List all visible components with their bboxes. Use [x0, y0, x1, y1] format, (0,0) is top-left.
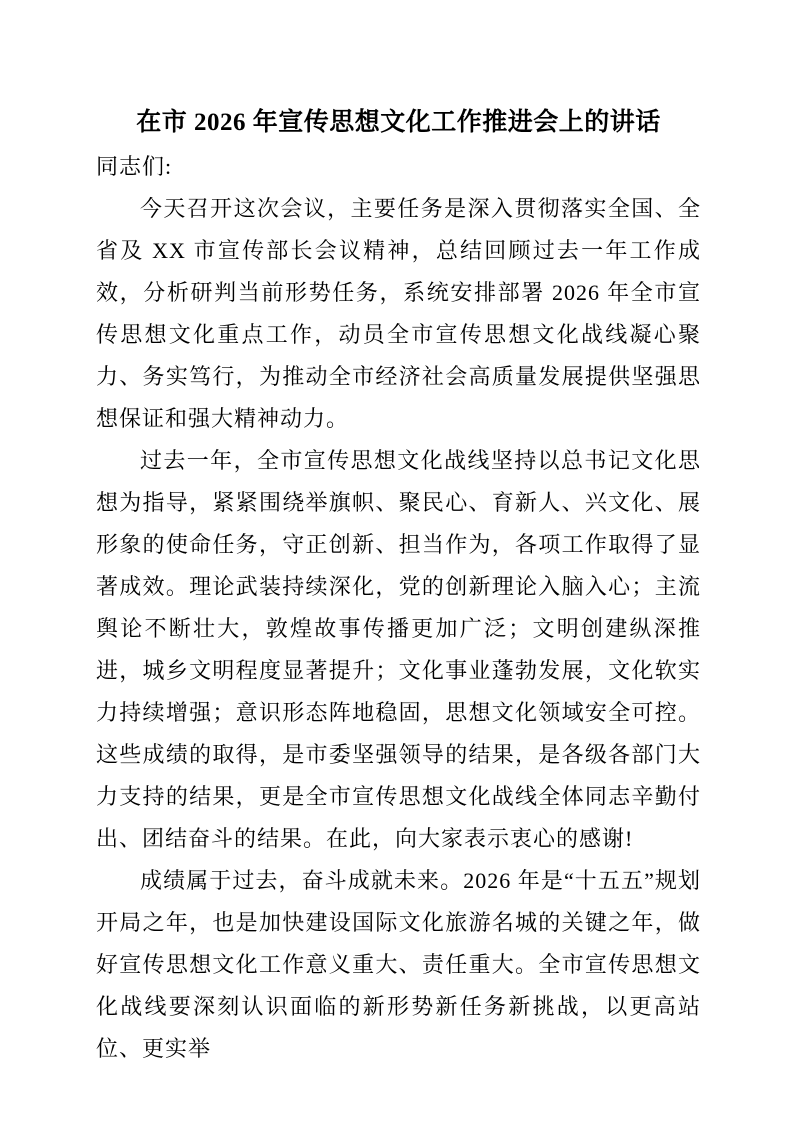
- paragraph-3: 成绩属于过去，奋斗成就未来。2026 年是“十五五”规划开局之年，也是加快建设国…: [96, 860, 701, 1070]
- paragraph-2: 过去一年，全市宣传思想文化战线坚持以总书记文化思想为指导，紧紧围绕举旗帜、聚民心…: [96, 440, 701, 860]
- document-page: 在市 2026 年宣传思想文化工作推进会上的讲话 同志们: 今天召开这次会议，主…: [0, 0, 793, 1122]
- paragraph-1: 今天召开这次会议，主要任务是深入贯彻落实全国、全省及 XX 市宣传部长会议精神，…: [96, 188, 701, 440]
- document-title: 在市 2026 年宣传思想文化工作推进会上的讲话: [96, 100, 701, 146]
- salutation: 同志们:: [96, 146, 701, 188]
